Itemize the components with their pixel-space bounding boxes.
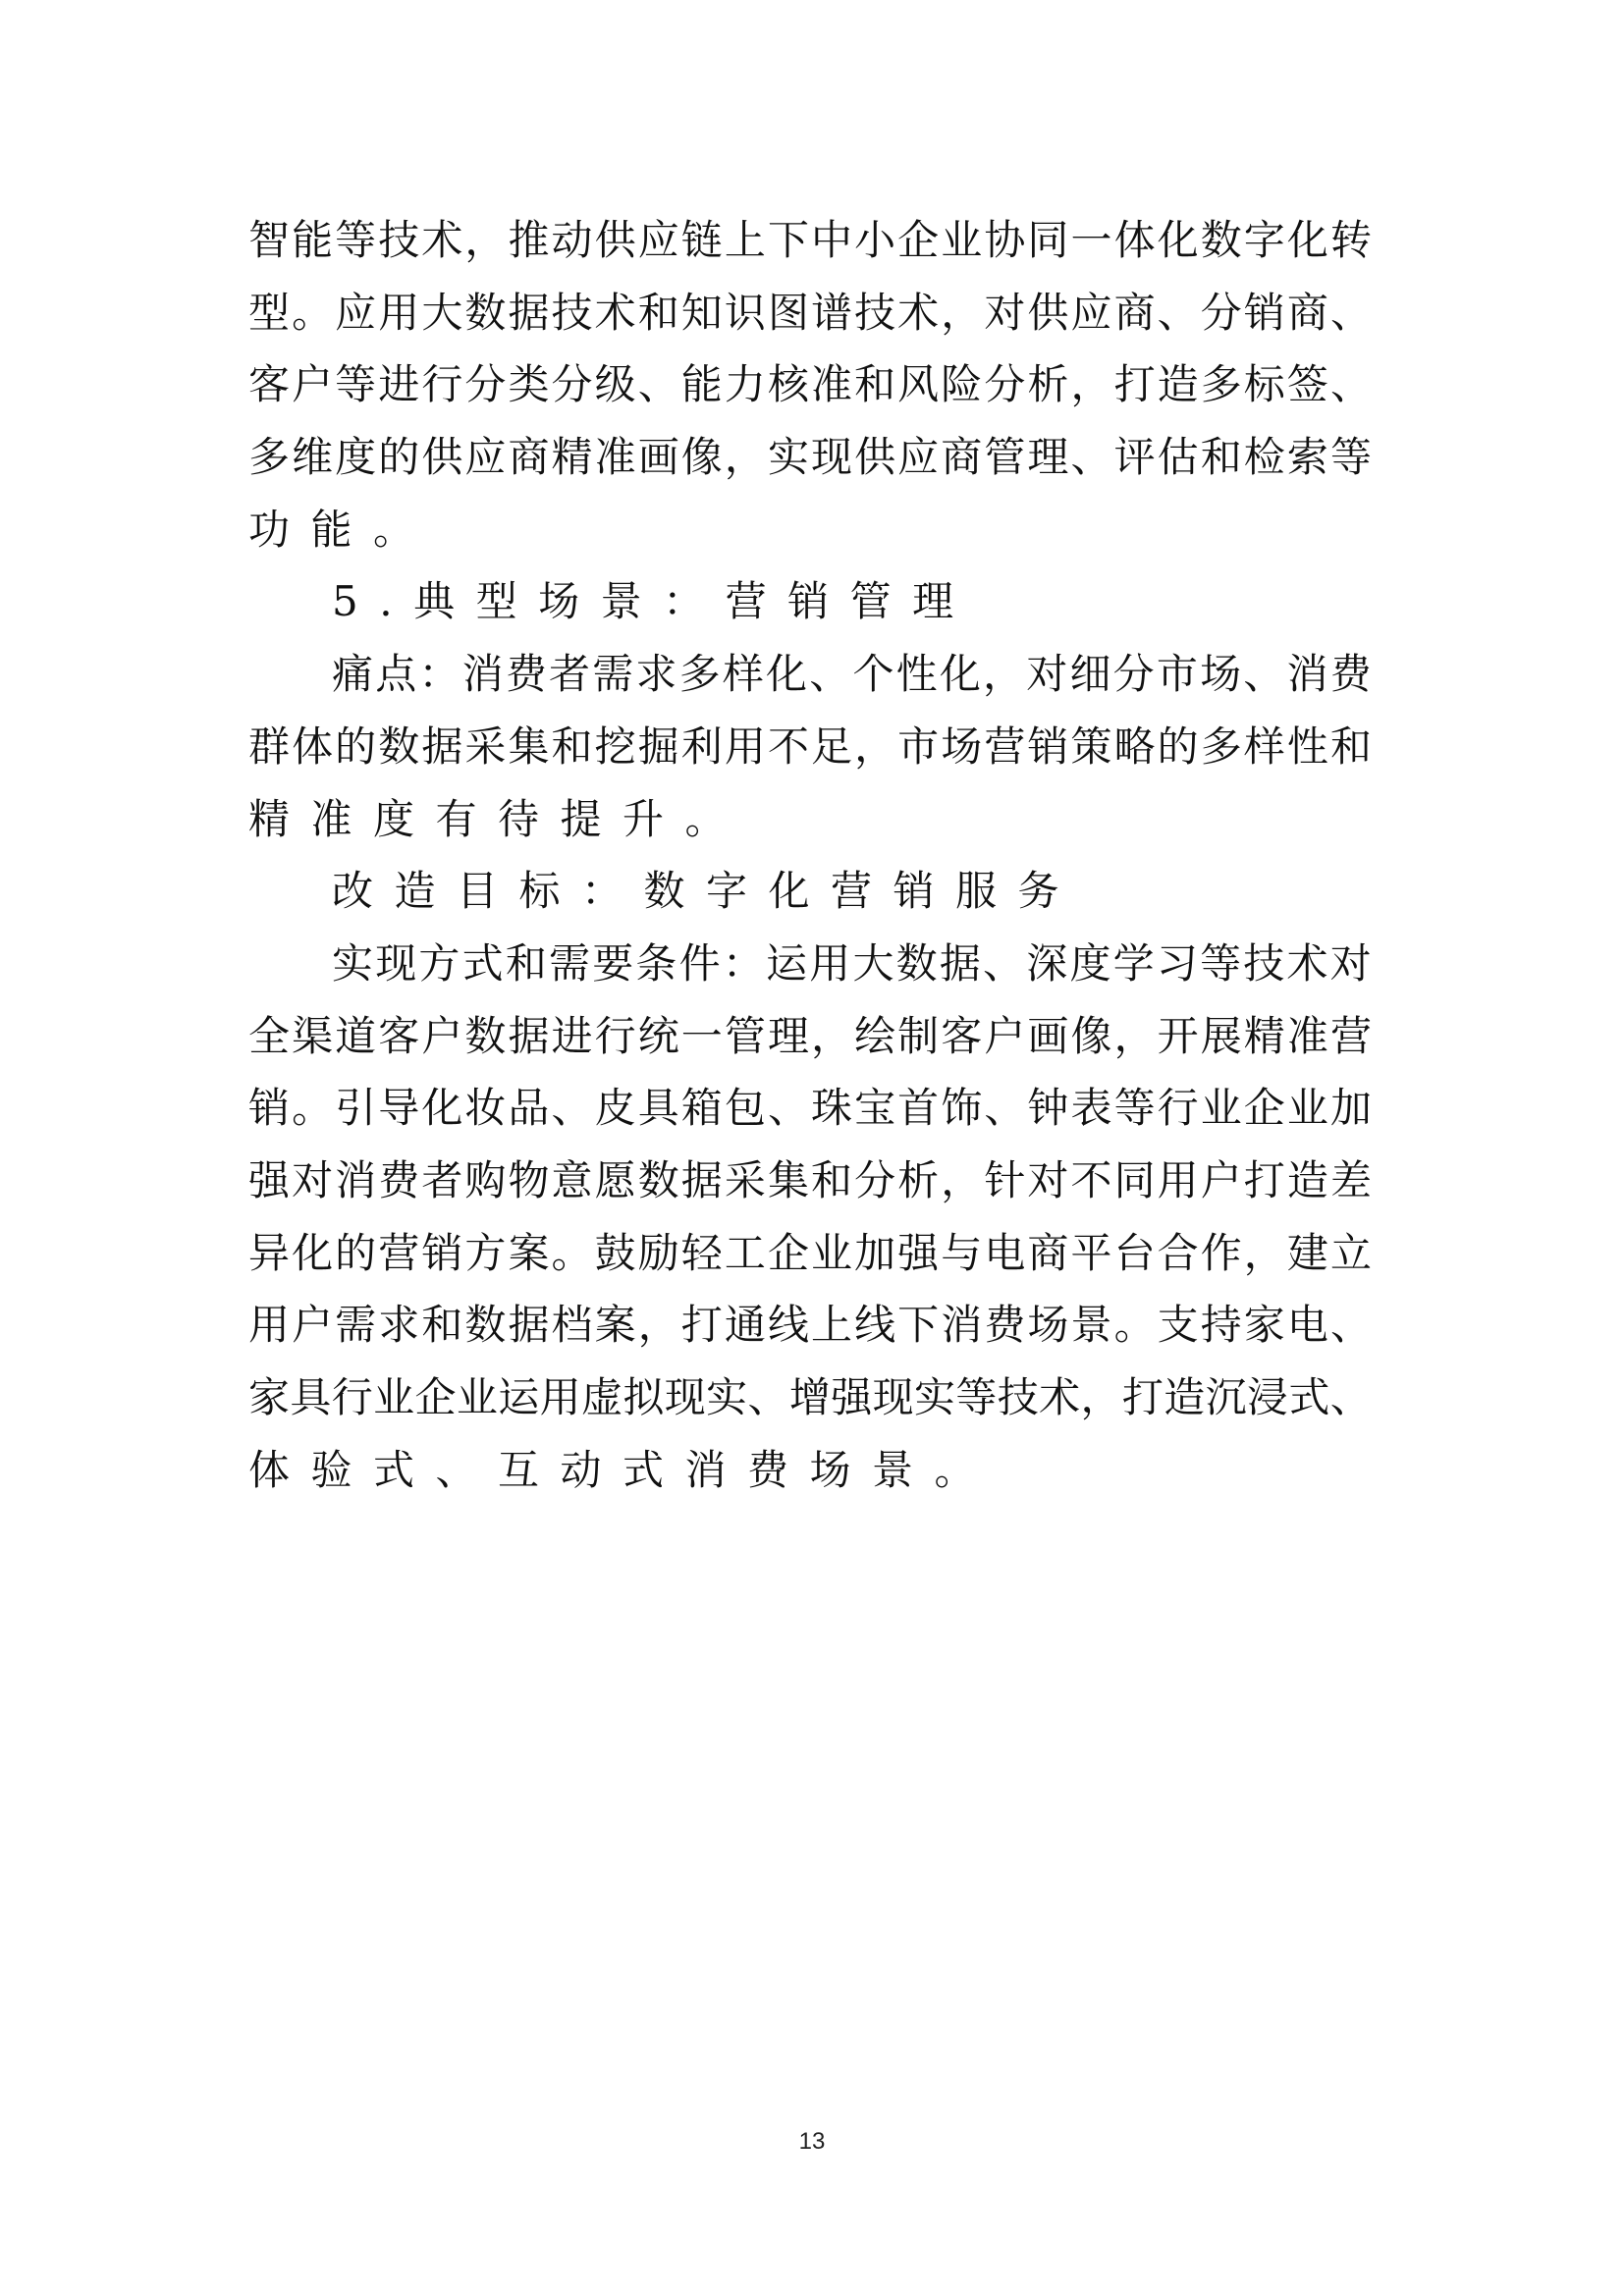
text-line: 家具行业企业运用虚拟现实、增强现实等技术，打造沉浸式、 (248, 1362, 1372, 1434)
text-line: 功能。 (248, 494, 1372, 566)
text-line: 智能等技术，推动供应链上下中小企业协同一体化数字化转 (248, 204, 1372, 277)
section-heading: 5.典型场景：营销管理 (248, 565, 1372, 638)
page-body: 智能等技术，推动供应链上下中小企业协同一体化数字化转 型。应用大数据技术和知识图… (248, 204, 1372, 1506)
text-line: 痛点：消费者需求多样化、个性化，对细分市场、消费 (248, 638, 1372, 711)
document-page: 智能等技术，推动供应链上下中小企业协同一体化数字化转 型。应用大数据技术和知识图… (0, 0, 1624, 2296)
text-line: 型。应用大数据技术和知识图谱技术，对供应商、分销商、 (248, 277, 1372, 349)
text-line: 多维度的供应商精准画像，实现供应商管理、评估和检索等 (248, 421, 1372, 494)
text-line: 异化的营销方案。鼓励轻工企业加强与电商平台合作，建立 (248, 1217, 1372, 1290)
text-line: 强对消费者购物意愿数据采集和分析，针对不同用户打造差 (248, 1145, 1372, 1217)
paragraph-target: 改造目标：数字化营销服务 (248, 855, 1372, 928)
page-number: 13 (0, 2128, 1624, 2156)
text-line: 客户等进行分类分级、能力核准和风险分析，打造多标签、 (248, 348, 1372, 421)
text-line: 全渠道客户数据进行统一管理，绘制客户画像，开展精准营 (248, 1000, 1372, 1073)
text-line: 群体的数据采集和挖掘利用不足，市场营销策略的多样性和 (248, 711, 1372, 783)
text-line: 用户需求和数据档案，打通线上线下消费场景。支持家电、 (248, 1289, 1372, 1362)
heading-text: 5.典型场景：营销管理 (248, 565, 1372, 638)
text-line: 改造目标：数字化营销服务 (248, 855, 1372, 928)
paragraph-implementation: 实现方式和需要条件：运用大数据、深度学习等技术对 全渠道客户数据进行统一管理，绘… (248, 928, 1372, 1507)
text-line: 精准度有待提升。 (248, 783, 1372, 856)
text-line: 体验式、互动式消费场景。 (248, 1434, 1372, 1507)
text-line: 销。引导化妆品、皮具箱包、珠宝首饰、钟表等行业企业加 (248, 1072, 1372, 1145)
text-line: 实现方式和需要条件：运用大数据、深度学习等技术对 (248, 928, 1372, 1000)
paragraph-pain-points: 痛点：消费者需求多样化、个性化，对细分市场、消费 群体的数据采集和挖掘利用不足，… (248, 638, 1372, 855)
paragraph-continuation: 智能等技术，推动供应链上下中小企业协同一体化数字化转 型。应用大数据技术和知识图… (248, 204, 1372, 565)
